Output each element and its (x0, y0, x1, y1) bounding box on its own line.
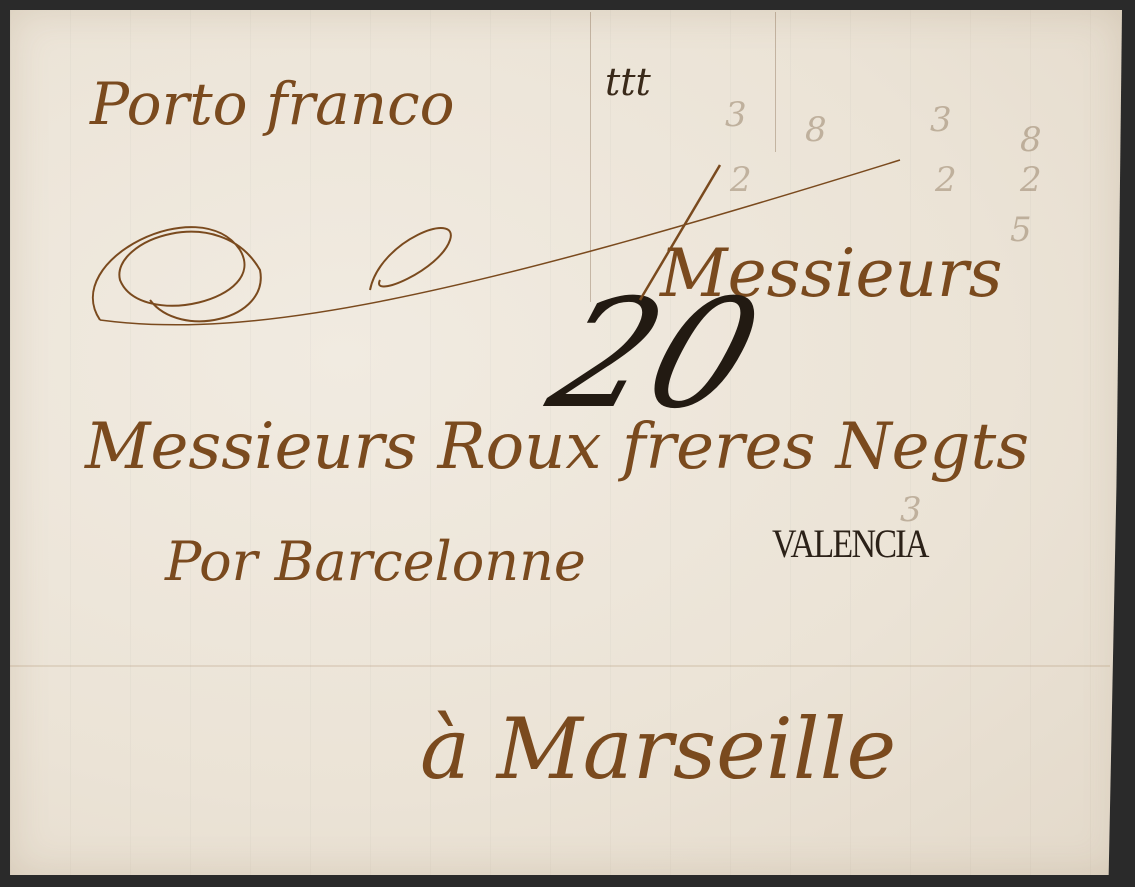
ghost-numeral: 5 (1010, 210, 1032, 250)
routing-note: Porto franco (90, 70, 455, 138)
ghost-numeral: 8 (805, 110, 827, 150)
ghost-numeral: 2 (935, 160, 957, 200)
valencia-postmark: VALENCIA (772, 520, 928, 567)
ghost-numeral: 2 (1020, 160, 1042, 200)
top-marking: ttt (605, 60, 651, 104)
ghost-numeral: 2 (730, 160, 752, 200)
ghost-numeral: 3 (930, 100, 952, 140)
ruled-line-right (775, 12, 776, 152)
destination: à Marseille (420, 700, 896, 798)
ruled-line-left (590, 12, 591, 302)
ghost-numeral: 3 (725, 95, 747, 135)
fold-line-horizontal (10, 665, 1110, 667)
via-line: Por Barcelonne (165, 530, 586, 593)
ghost-numeral: 8 (1020, 120, 1042, 160)
